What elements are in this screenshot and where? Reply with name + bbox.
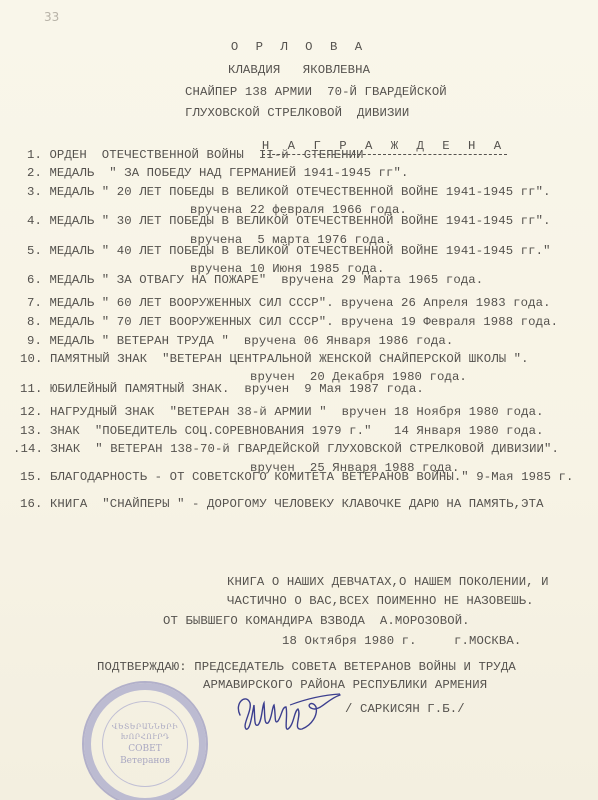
award-text: БЛАГОДАРНОСТЬ - ОТ СОВЕТСКОГО КОМИТЕТА В… <box>50 470 574 484</box>
award-item: 5. МЕДАЛЬ " 40 ЛЕТ ПОБЕДЫ В ВЕЛИКОЙ ОТЕЧ… <box>27 244 551 258</box>
award-item: 7. МЕДАЛЬ " 60 ЛЕТ ВООРУЖЕННЫХ СИЛ СССР"… <box>27 296 551 310</box>
seal-text-veteranov: Ветеранов <box>84 756 206 766</box>
full-name: КЛАВДИЯ ЯКОВЛЕВНА <box>0 63 598 77</box>
award-number: 9. <box>27 334 42 348</box>
award-item: 10. ПАМЯТНЫЙ ЗНАК "ВЕТЕРАН ЦЕНТРАЛЬНОЙ Ж… <box>20 352 529 366</box>
award-text: МЕДАЛЬ " ВЕТЕРАН ТРУДА " вручена 06 Янва… <box>49 334 453 348</box>
award-item: 13. ЗНАК "ПОБЕДИТЕЛЬ СОЦ.СОРЕВНОВАНИЯ 19… <box>20 424 544 438</box>
award-number: 13. <box>20 424 42 438</box>
award-text: МЕДАЛЬ " ЗА ПОБЕДУ НАД ГЕРМАНИЕЙ 1941-19… <box>49 166 408 180</box>
role-line-1: СНАЙПЕР 138 АРМИИ 70-Й ГВАРДЕЙСКОЙ <box>185 85 447 99</box>
award-item: 2. МЕДАЛЬ " ЗА ПОБЕДУ НАД ГЕРМАНИЕЙ 1941… <box>27 166 408 180</box>
award-item: 12. НАГРУДНЫЙ ЗНАК "ВЕТЕРАН 38-й АРМИИ "… <box>20 405 544 419</box>
award-item: 15. БЛАГОДАРНОСТЬ - ОТ СОВЕТСКОГО КОМИТЕ… <box>20 470 574 484</box>
award-number: 16. <box>20 497 42 511</box>
award-number: 11. <box>20 382 42 396</box>
seal-text-sovet: СОВЕТ <box>84 744 206 754</box>
surname: О Р Л О В А <box>0 40 598 54</box>
award-text: МЕДАЛЬ " ЗА ОТВАГУ НА ПОЖАРЕ" вручена 29… <box>49 273 483 287</box>
award-item: 4. МЕДАЛЬ " 30 ЛЕТ ПОБЕДЫ В ВЕЛИКОЙ ОТЕЧ… <box>27 214 551 228</box>
award-text: ОРДЕН ОТЕЧЕСТВЕННОЙ ВОЙНЫ II-й СТЕПЕНИИ <box>49 148 363 162</box>
book-dedication-line-2: КНИГА О НАШИХ ДЕВЧАТАХ,О НАШЕМ ПОКОЛЕНИИ… <box>227 575 549 589</box>
award-number: 6. <box>27 273 42 287</box>
award-number: 4. <box>27 214 42 228</box>
award-text: ЗНАК "ПОБЕДИТЕЛЬ СОЦ.СОРЕВНОВАНИЯ 1979 г… <box>50 424 544 438</box>
role-line-2: ГЛУХОВСКОЙ СТРЕЛКОВОЙ ДИВИЗИИ <box>185 106 409 120</box>
award-number: 10. <box>20 352 42 366</box>
award-item: 1. ОРДЕН ОТЕЧЕСТВЕННОЙ ВОЙНЫ II-й СТЕПЕН… <box>27 148 364 162</box>
handwritten-signature <box>232 685 342 735</box>
signer-name: / САРКИСЯН Г.Б./ <box>345 702 465 716</box>
award-number: 15. <box>20 470 42 484</box>
page-number: 33 <box>44 10 59 24</box>
award-number: 5. <box>27 244 42 258</box>
award-number: 1. <box>27 148 42 162</box>
award-item: 8. МЕДАЛЬ " 70 ЛЕТ ВООРУЖЕННЫХ СИЛ СССР"… <box>27 315 558 329</box>
award-item: 16. КНИГА "СНАЙПЕРЫ " - ДОРОГОМУ ЧЕЛОВЕК… <box>20 497 544 511</box>
award-number: 3. <box>27 185 42 199</box>
award-text: НАГРУДНЫЙ ЗНАК "ВЕТЕРАН 38-й АРМИИ " вру… <box>50 405 544 419</box>
award-text: КНИГА "СНАЙПЕРЫ " - ДОРОГОМУ ЧЕЛОВЕКУ КЛ… <box>50 497 544 511</box>
award-text: МЕДАЛЬ " 40 ЛЕТ ПОБЕДЫ В ВЕЛИКОЙ ОТЕЧЕСТ… <box>49 244 550 258</box>
award-text: МЕДАЛЬ " 30 ЛЕТ ПОБЕДЫ В ВЕЛИКОЙ ОТЕЧЕСТ… <box>49 214 550 228</box>
award-number: 12. <box>20 405 42 419</box>
confirmation-line-1: ПОДТВЕРЖДАЮ: ПРЕДСЕДАТЕЛЬ СОВЕТА ВЕТЕРАН… <box>97 660 516 674</box>
book-dedication-from: ОТ БЫВШЕГО КОМАНДИРА ВЗВОДА А.МОРОЗОВОЙ. <box>163 614 470 628</box>
award-number: .14. <box>13 442 43 456</box>
award-text: МЕДАЛЬ " 20 ЛЕТ ПОБЕДЫ В ВЕЛИКОЙ ОТЕЧЕСТ… <box>49 185 550 199</box>
seal-text-armenian-1: ՎԵՏԵՐԱՆՆԵՐԻ <box>84 723 206 731</box>
award-item: 3. МЕДАЛЬ " 20 ЛЕТ ПОБЕДЫ В ВЕЛИКОЙ ОТЕЧ… <box>27 185 551 199</box>
award-item: .14. ЗНАК " ВЕТЕРАН 138-70-й ГВАРДЕЙСКОЙ… <box>13 442 559 456</box>
seal-text-armenian-2: ԽՈՐՀՈՒՐԴ <box>84 733 206 741</box>
award-text: ЮБИЛЕЙНЫЙ ПАМЯТНЫЙ ЗНАК. вручен 9 Мая 19… <box>50 382 424 396</box>
award-text: МЕДАЛЬ " 70 ЛЕТ ВООРУЖЕННЫХ СИЛ СССР". в… <box>49 315 558 329</box>
award-item: 6. МЕДАЛЬ " ЗА ОТВАГУ НА ПОЖАРЕ" вручена… <box>27 273 483 287</box>
award-item: 11. ЮБИЛЕЙНЫЙ ПАМЯТНЫЙ ЗНАК. вручен 9 Ма… <box>20 382 424 396</box>
award-text: ЗНАК " ВЕТЕРАН 138-70-й ГВАРДЕЙСКОЙ ГЛУХ… <box>50 442 559 456</box>
award-text: ПАМЯТНЫЙ ЗНАК "ВЕТЕРАН ЦЕНТРАЛЬНОЙ ЖЕНСК… <box>50 352 529 366</box>
award-number: 2. <box>27 166 42 180</box>
award-text: МЕДАЛЬ " 60 ЛЕТ ВООРУЖЕННЫХ СИЛ СССР". в… <box>49 296 550 310</box>
award-item: 9. МЕДАЛЬ " ВЕТЕРАН ТРУДА " вручена 06 Я… <box>27 334 453 348</box>
award-number: 8. <box>27 315 42 329</box>
book-dedication-line-3: ЧАСТИЧНО О ВАС,ВСЕХ ПОИМЕННО НЕ НАЗОВЕШЬ… <box>227 594 534 608</box>
official-seal-stamp: ՎԵՏԵՐԱՆՆԵՐԻ ԽՈՐՀՈՒՐԴ СОВЕТ Ветеранов <box>82 681 208 800</box>
book-dedication-date-place: 18 Октября 1980 г. г.МОСКВА. <box>282 634 521 648</box>
award-number: 7. <box>27 296 42 310</box>
document-page: 33 О Р Л О В А КЛАВДИЯ ЯКОВЛЕВНА СНАЙПЕР… <box>0 0 598 800</box>
